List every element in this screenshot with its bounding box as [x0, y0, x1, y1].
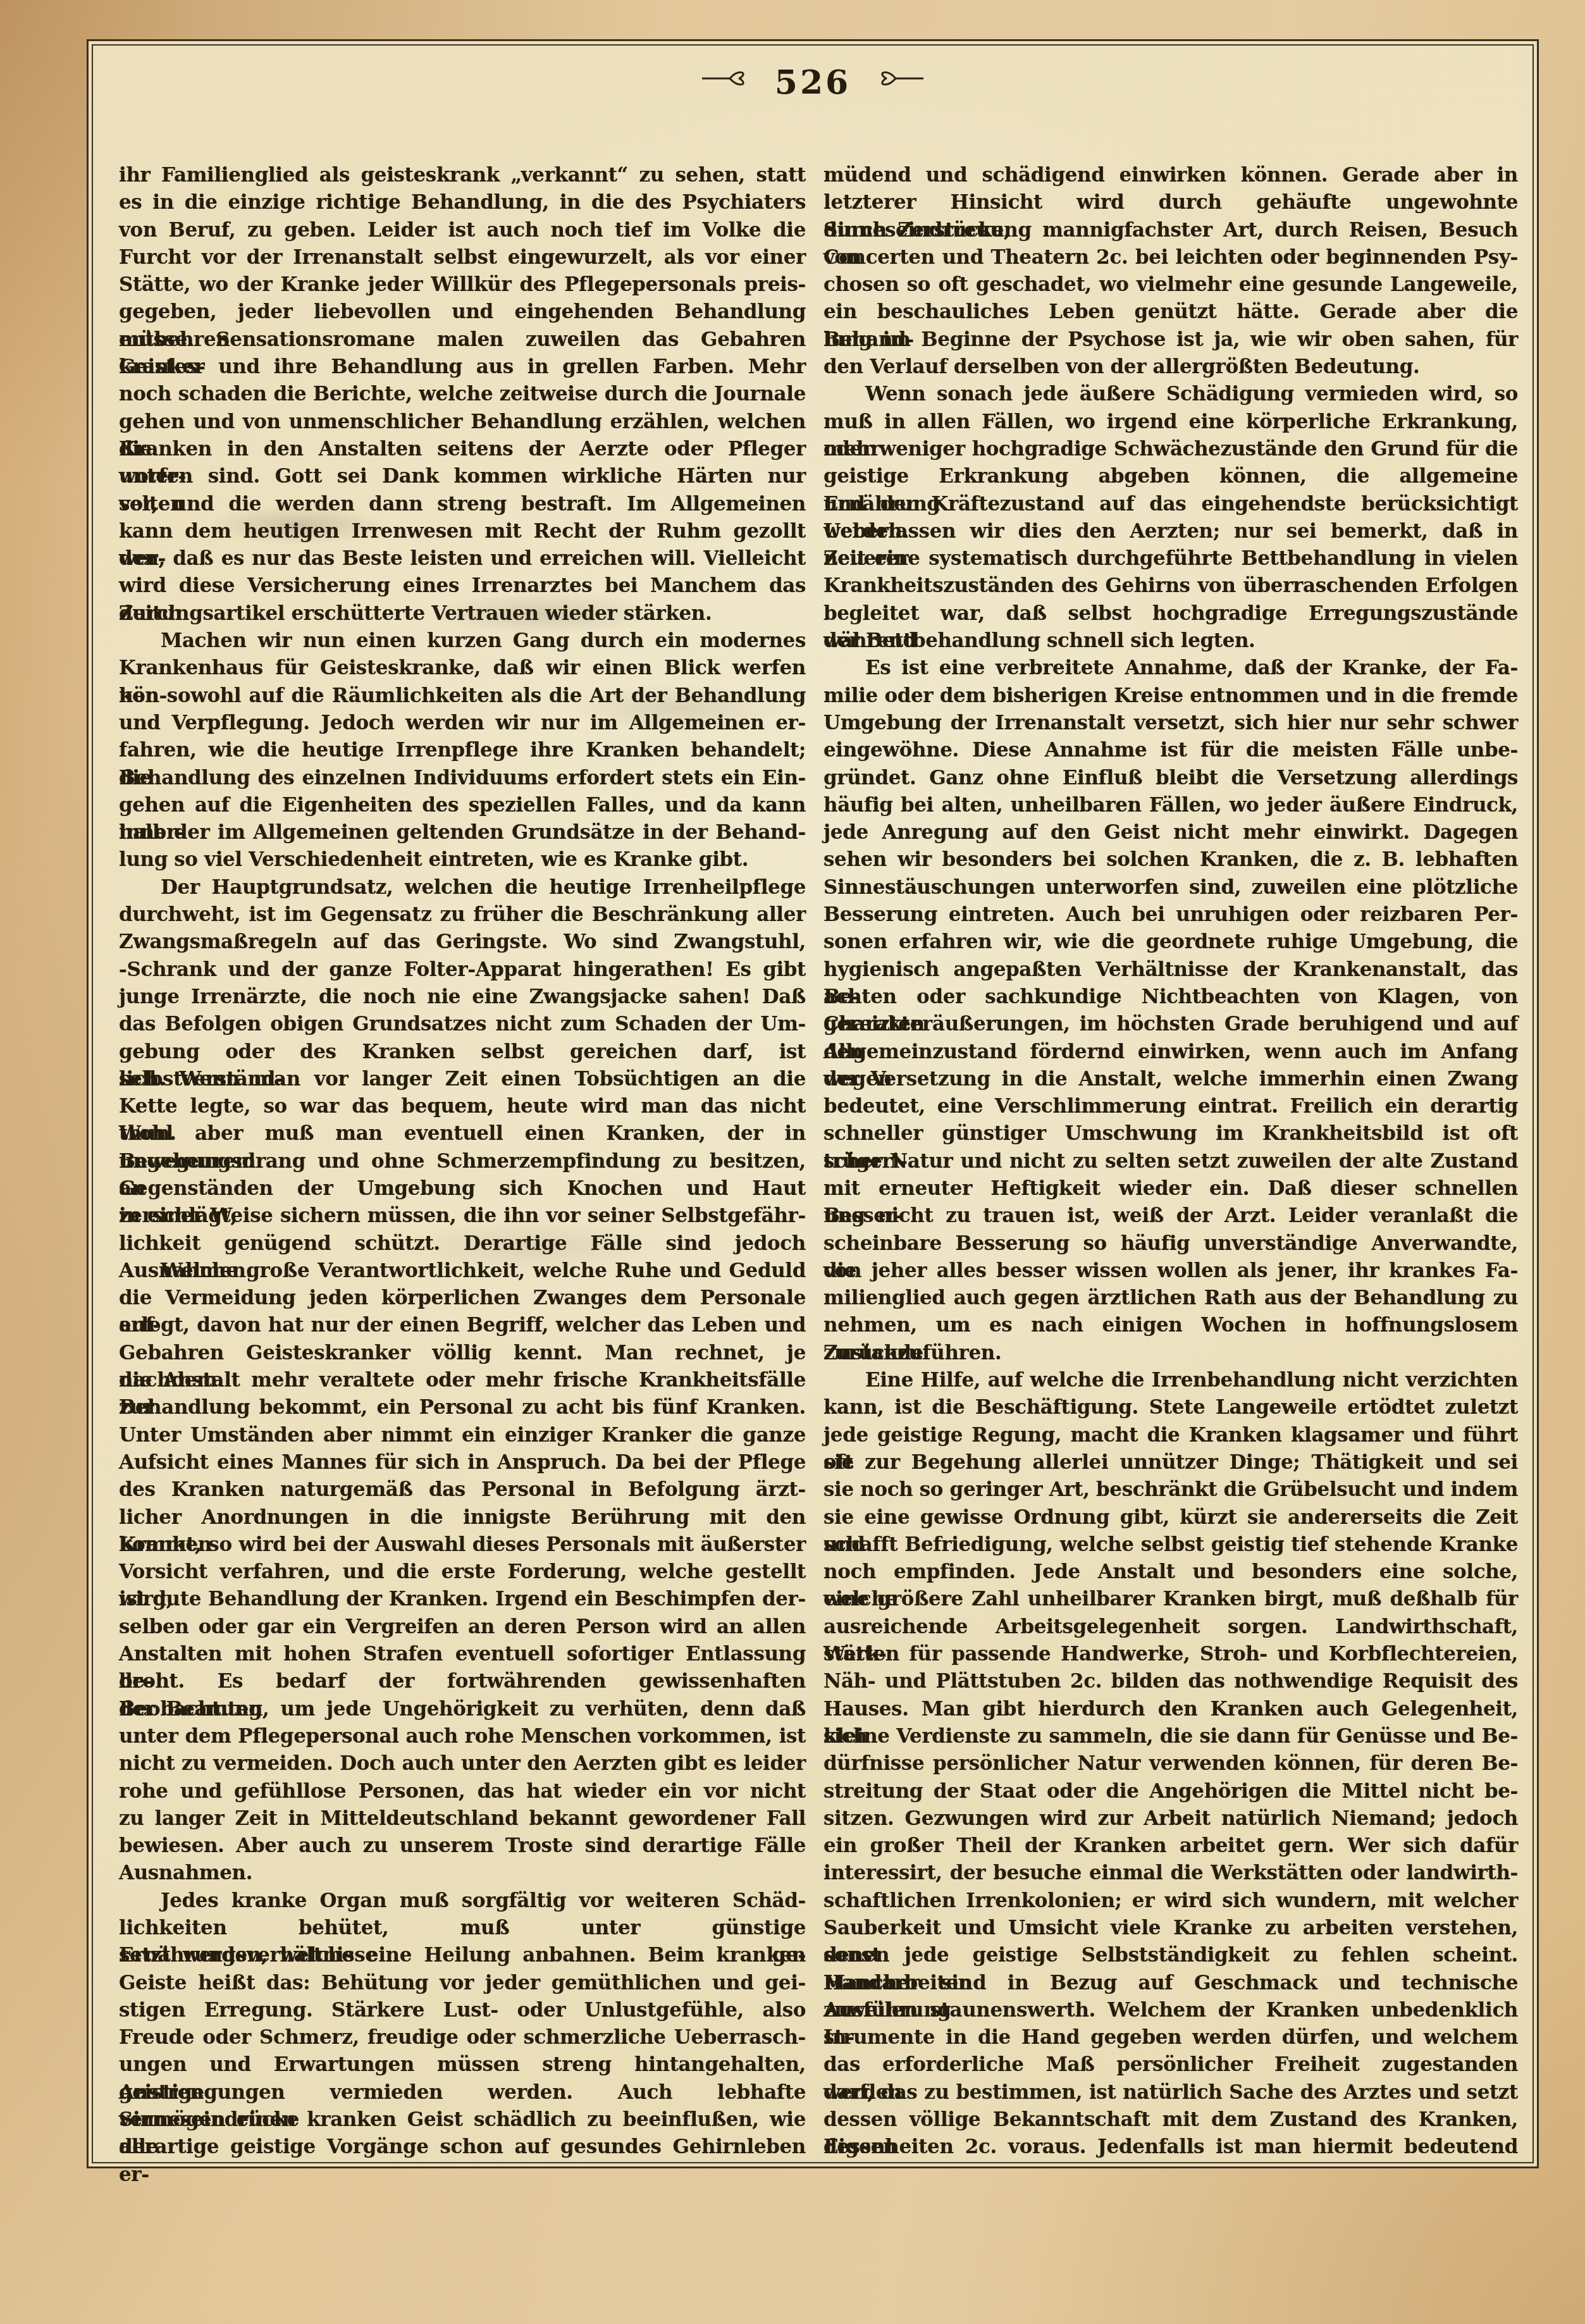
- text-line: es in die einzige richtige Behandlung, i…: [119, 189, 806, 216]
- text-line: Vorsicht verfahren, und die erste Forder…: [119, 1559, 806, 1586]
- text-line: achten oder sachkundige Nichtbeachten vo…: [823, 984, 1518, 1011]
- text-line: rohe und gefühllose Personen, das hat wi…: [119, 1778, 806, 1805]
- text-line: chosen so oft geschadet, wo vielmehr ein…: [823, 271, 1518, 299]
- text-line: vermögen einen kranken Geist schädlich z…: [119, 2106, 806, 2134]
- text-line: Gebahren Geisteskranker völlig kennt. Ma…: [119, 1340, 806, 1367]
- text-line: dessen völlige Bekanntschaft mit dem Zus…: [823, 2106, 1518, 2134]
- text-line: zu langer Zeit in Mitteldeutschland beka…: [119, 1805, 806, 1833]
- text-line: scher Natur und nicht zu selten setzt zu…: [823, 1148, 1518, 1175]
- text-line: lich. Wenn man vor langer Zeit einen Tob…: [119, 1066, 806, 1093]
- text-line: Freude oder Schmerz, freudige oder schme…: [119, 2024, 806, 2051]
- text-line: kann dem heutigen Irrenwesen mit Recht d…: [119, 518, 806, 545]
- text-line: stigen Erregung. Stärkere Lust- oder Unl…: [119, 1997, 806, 2024]
- header-flourish-right-icon: [870, 67, 925, 90]
- text-line: und Verpflegung. Jedoch werden wir nur i…: [119, 710, 806, 737]
- text-line: setzt werden, welche eine Heilung anbahn…: [119, 1942, 806, 1969]
- text-line: Unter Umständen aber nimmt ein einziger …: [119, 1422, 806, 1449]
- text-line: licher Anordnungen in die innigste Berüh…: [119, 1504, 806, 1531]
- text-line: jede Anregung auf den Geist nicht mehr e…: [823, 819, 1518, 846]
- text-line: -Schrank und der ganze Folter-Apparat hi…: [119, 956, 806, 984]
- text-line: oft zur Begehung allerlei unnützer Dinge…: [823, 1449, 1518, 1476]
- text-line: Umgebung der Irrenanstalt versetzt, sich…: [823, 710, 1518, 737]
- text-line: Allgemeinzustand fördernd einwirken, wen…: [823, 1039, 1518, 1066]
- text-line: milie oder dem bisherigen Kreise entnomm…: [823, 683, 1518, 710]
- text-line: selben oder gar ein Vergreifen an deren …: [119, 1614, 806, 1641]
- text-line: schaftlichen Irrenkolonien; er wird sich…: [823, 1888, 1518, 1915]
- text-line: Zwangsmaßregeln auf das Geringste. Wo si…: [119, 929, 806, 956]
- text-line: oder weniger hochgradige Schwächezuständ…: [823, 436, 1518, 463]
- text-line: sie noch so geringer Art, beschränkt die…: [823, 1476, 1518, 1504]
- text-line: Gegenständen der Umgebung sich Knochen u…: [119, 1175, 806, 1202]
- text-line: sehen wir besonders bei solchen Kranken,…: [823, 846, 1518, 874]
- text-line: eingewöhne. Diese Annahme ist für die me…: [823, 737, 1518, 764]
- text-line: müdend und schädigend einwirken können. …: [823, 162, 1518, 189]
- text-line: sonst jede geistige Selbstständigkeit zu…: [823, 1942, 1518, 1969]
- text-line: stätten für passende Handwerke, Stroh- u…: [823, 1641, 1518, 1668]
- text-line: gegeben, jeder liebevollen und eingehend…: [119, 299, 806, 326]
- text-line: ung nicht zu trauen ist, weiß der Arzt. …: [823, 1202, 1518, 1230]
- text-line: nicht zu vermeiden. Doch auch unter den …: [119, 1750, 806, 1777]
- text-line: Jedes kranke Organ muß sorgfältig vor we…: [119, 1888, 806, 1915]
- text-line: geistige Erkrankung abgeben können, die …: [823, 463, 1518, 490]
- text-line: dürfnisse persönlicher Natur verwenden k…: [823, 1750, 1518, 1777]
- text-line: Wohl aber muß man eventuell einen Kranke…: [119, 1120, 806, 1147]
- text-line: des Kranken naturgemäß das Personal in B…: [119, 1476, 806, 1504]
- text-column-left: ihr Familienglied als geisteskrank „verk…: [119, 162, 806, 2161]
- text-line: das erforderliche Maß persönlicher Freih…: [823, 2051, 1518, 2079]
- text-line: sie eine gewisse Ordnung gibt, kürzt sie…: [823, 1504, 1518, 1531]
- text-line: lung im Beginne der Psychose ist ja, wie…: [823, 326, 1518, 354]
- text-line: müsse. Sensationsromane malen zuweilen d…: [119, 326, 806, 354]
- text-line: Krankenhaus für Geisteskranke, daß wir e…: [119, 655, 806, 682]
- text-line: strumente in die Hand gegeben werden dür…: [823, 2024, 1518, 2051]
- text-line: worfen sind. Gott sei Dank kommen wirkli…: [119, 463, 806, 490]
- text-line: begleitet war, daß selbst hochgradige Er…: [823, 600, 1518, 627]
- text-line: kommt, so wird bei der Auswahl dieses Pe…: [119, 1531, 806, 1559]
- text-line: durchweht, ist im Gegensatz zu früher di…: [119, 901, 806, 929]
- text-line: wird diese Versicherung eines Irrenarzte…: [119, 572, 806, 600]
- text-line: gründet. Ganz ohne Einfluß bleibt die Ve…: [823, 765, 1518, 792]
- text-line: Eine Hilfe, auf welche die Irrenbehandlu…: [823, 1367, 1518, 1394]
- text-line: junge Irrenärzte, die noch nie eine Zwan…: [119, 984, 806, 1011]
- text-line: Näh- und Plättstuben 2c. bilden das noth…: [823, 1668, 1518, 1695]
- text-line: zurückzuführen.: [823, 1340, 1518, 1367]
- text-line: ausreichende Arbeitsgelegenheit sorgen. …: [823, 1614, 1518, 1641]
- text-line: Bewegungsdrang und ohne Schmerzempfindun…: [119, 1148, 806, 1175]
- text-line: Anstrengungen vermieden werden. Auch leb…: [119, 2079, 806, 2106]
- text-line: Hauses. Man gibt hierdurch den Kranken a…: [823, 1696, 1518, 1723]
- text-line: kleine Verdienste zu sammeln, die sie da…: [823, 1723, 1518, 1750]
- text-line: milienglied auch gegen ärztlichen Rath a…: [823, 1285, 1518, 1312]
- text-line: Behandlung bekommt, ein Personal zu acht…: [119, 1394, 806, 1421]
- text-line: die Vermeidung jeden körperlichen Zwange…: [119, 1285, 806, 1312]
- text-line: von jeher alles besser wissen wollen als…: [823, 1258, 1518, 1285]
- text-line: nehmen, um es nach einigen Wochen in hof…: [823, 1312, 1518, 1339]
- text-line: Besserung eintreten. Auch bei unruhigen …: [823, 901, 1518, 929]
- text-line: Krankheitszuständen des Gehirns von über…: [823, 572, 1518, 600]
- text-line: schneller günstiger Umschwung im Krankhe…: [823, 1120, 1518, 1147]
- text-line: derartige geistige Vorgänge schon auf ge…: [119, 2134, 806, 2161]
- text-line: streitung der Staat oder die Angehörigen…: [823, 1778, 1518, 1805]
- text-line: ein großer Theil der Kranken arbeitet ge…: [823, 1833, 1518, 1860]
- text-line: das Befolgen obigen Grundsatzes nicht zu…: [119, 1011, 806, 1038]
- text-line: Concerten und Theatern 2c. bei leichten …: [823, 244, 1518, 271]
- text-line: eine größere Zahl unheilbarer Kranken bi…: [823, 1586, 1518, 1613]
- text-line: kranker und ihre Behandlung aus in grell…: [119, 354, 806, 381]
- text-line: Kette legte, so war das bequem, heute wi…: [119, 1093, 806, 1120]
- page-number: 526: [775, 63, 851, 102]
- text-line: Es ist eine verbreitete Annahme, daß der…: [823, 655, 1518, 682]
- text-line: vor, und die werden dann streng bestraft…: [119, 491, 806, 518]
- text-line: Machen wir nun einen kurzen Gang durch e…: [119, 627, 806, 655]
- text-line: in einer Weise sichern müssen, die ihn v…: [119, 1202, 806, 1230]
- text-line: Aufsicht eines Mannes für sich in Anspru…: [119, 1449, 806, 1476]
- text-line: gebung oder des Kranken selbst gereichen…: [119, 1039, 806, 1066]
- text-line: ungen und Erwartungen müssen streng hint…: [119, 2051, 806, 2079]
- text-line: Ausnahmen.: [119, 1860, 806, 1887]
- text-line: Charakteräußerungen, im höchsten Grade b…: [823, 1011, 1518, 1038]
- text-line: Sinnestäuschungen unterworfen sind, zuwe…: [823, 874, 1518, 901]
- text-line: ist gute Behandlung der Kranken. Irgend …: [119, 1586, 806, 1613]
- text-line: jede geistige Regung, macht die Kranken …: [823, 1422, 1518, 1449]
- text-line: Behandlung des einzelnen Individuums erf…: [119, 765, 806, 792]
- text-line: Sauberkeit und Umsicht viele Kranke zu a…: [823, 1915, 1518, 1942]
- text-line: den, daß es nur das Beste leisten und er…: [119, 545, 806, 572]
- text-line: sonen erfahren wir, wie die geordnete ru…: [823, 929, 1518, 956]
- text-line: hygienisch angepaßten Verhältnisse der K…: [823, 956, 1518, 984]
- text-line: die Anstalt mehr veraltete oder mehr fri…: [119, 1367, 806, 1394]
- text-line: häufig bei alten, unheilbaren Fällen, wo…: [823, 792, 1518, 819]
- text-line: schafft Befriedigung, welche selbst geis…: [823, 1531, 1518, 1559]
- text-line: ein beschauliches Leben genützt hätte. G…: [823, 299, 1518, 326]
- text-line: Mancher sind in Bezug auf Geschmack und …: [823, 1970, 1518, 1997]
- text-line: Anstalten mit hohen Strafen eventuell so…: [119, 1641, 806, 1668]
- text-line: interessirt, der besuche einmal die Werk…: [823, 1860, 1518, 1887]
- text-line: Wenn sonach jede äußere Schädigung vermi…: [823, 381, 1518, 408]
- text-line: gehen auf die Eigenheiten des speziellen…: [119, 792, 806, 819]
- text-line: lichkeit genügend schützt. Derartige Fäl…: [119, 1230, 806, 1258]
- text-line: halb der im Allgemeinen geltenden Grunds…: [119, 819, 806, 846]
- text-line: sitzen. Gezwungen wird zur Arbeit natürl…: [823, 1805, 1518, 1833]
- text-line: erlegt, davon hat nur der einen Begriff,…: [119, 1312, 806, 1339]
- text-line: droht. Es bedarf der fortwährenden gewis…: [119, 1668, 806, 1695]
- text-line: darf, das zu bestimmen, ist natürlich Sa…: [823, 2079, 1518, 2106]
- text-line: mit erneuter Heftigkeit wieder ein. Daß …: [823, 1175, 1518, 1202]
- text-line: Ueberlassen wir dies den Aerzten; nur se…: [823, 518, 1518, 545]
- text-line: noch schaden die Berichte, welche zeitwe…: [119, 381, 806, 408]
- text-line: gehen und von unmenschlicher Behandlung …: [119, 409, 806, 436]
- text-line: Zeitungsartikel erschütterte Vertrauen w…: [119, 600, 806, 627]
- text-line: von Beruf, zu geben. Leider ist auch noc…: [119, 217, 806, 244]
- text-line: zuweilen staunenswerth. Welchem der Kran…: [823, 1997, 1518, 2024]
- text-line: fahren, wie die heutige Irrenpflege ihre…: [119, 737, 806, 764]
- text-line: letzterer Hinsicht wird durch gehäufte u…: [823, 189, 1518, 216]
- text-line: Stätte, wo der Kranke jeder Willkür des …: [119, 271, 806, 299]
- text-column-right: müdend und schädigend einwirken können. …: [823, 162, 1518, 2161]
- text-line: lichkeiten behütet, muß unter günstige E…: [119, 1915, 806, 1942]
- text-line: ihr Familienglied als geisteskrank „verk…: [119, 162, 806, 189]
- text-line: Geiste heißt das: Behütung vor jeder gem…: [119, 1970, 806, 1997]
- text-line: durch Zerstreuung mannigfachster Art, du…: [823, 217, 1518, 244]
- text-line: Welche große Verantwortlichkeit, welche …: [119, 1258, 806, 1285]
- text-line: lung so viel Verschiedenheit eintreten, …: [119, 846, 806, 874]
- text-line: Zeit eine systematisch durchgeführte Bet…: [823, 545, 1518, 572]
- page-header: 526: [87, 63, 1539, 102]
- text-line: der Versetzung in die Anstalt, welche im…: [823, 1066, 1518, 1093]
- text-line: der Bettbehandlung schnell sich legten.: [823, 627, 1518, 655]
- text-line: bedeutet, eine Verschlimmerung eintrat. …: [823, 1093, 1518, 1120]
- text-line: den Verlauf derselben von der allergrößt…: [823, 354, 1518, 381]
- text-line: unter dem Pflegepersonal auch rohe Mensc…: [119, 1723, 806, 1750]
- text-line: Eigenheiten 2c. voraus. Jedenfalls ist m…: [823, 2134, 1518, 2161]
- text-line: Furcht vor der Irrenanstalt selbst einge…: [119, 244, 806, 271]
- text-line: kann, ist die Beschäftigung. Stete Lange…: [823, 1394, 1518, 1421]
- text-line: bewiesen. Aber auch zu unserem Troste si…: [119, 1833, 806, 1860]
- text-line: scheinbare Besserung so häufig unverstän…: [823, 1230, 1518, 1258]
- text-line: muß in allen Fällen, wo irgend eine körp…: [823, 409, 1518, 436]
- text-line: der Beamten, um jede Ungehörigkeit zu ve…: [119, 1696, 806, 1723]
- text-line: Der Hauptgrundsatz, welchen die heutige …: [119, 874, 806, 901]
- text-line: und der Kräftezustand auf das eingehends…: [823, 491, 1518, 518]
- text-line: noch empfinden. Jede Anstalt und besonde…: [823, 1559, 1518, 1586]
- text-line: Kranken in den Anstalten seitens der Aer…: [119, 436, 806, 463]
- text-line: nen sowohl auf die Räumlichkeiten als di…: [119, 683, 806, 710]
- header-flourish-left-icon: [701, 67, 755, 90]
